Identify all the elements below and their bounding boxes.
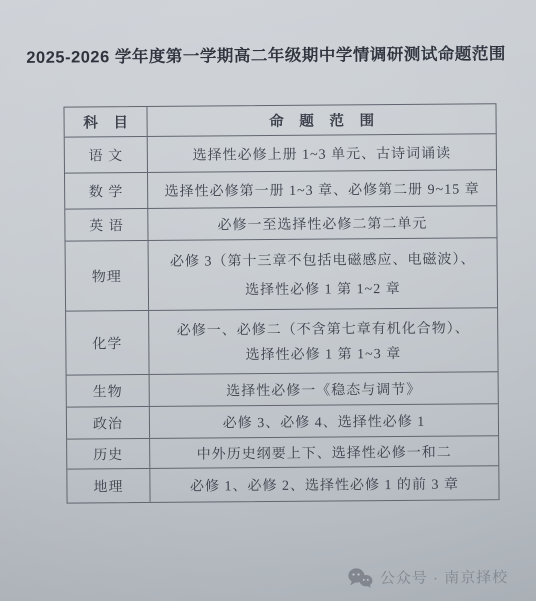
subject-cell: 地理	[67, 469, 150, 503]
scope-text: 选择性必修上册 1~3 单元、古诗词诵读	[192, 142, 451, 164]
subject-cell: 政治	[67, 407, 150, 439]
scope-cell: 选择性必修上册 1~3 单元、古诗词诵读	[148, 134, 496, 172]
subject-cell: 数 学	[65, 173, 148, 209]
scope-cell: 必修 1、必修 2、选择性必修 1 的前 3 章	[150, 466, 498, 502]
scope-cell: 选择性必修第一册 1~3 章、必修第二册 9~15 章	[148, 170, 496, 208]
exam-scope-table: 科 目 命 题 范 围 语 文 选择性必修上册 1~3 单元、古诗词诵读 数 学…	[63, 103, 499, 503]
table-row-politics: 政治 必修 3、必修 4、选择性必修 1	[67, 404, 498, 439]
page-title: 2025-2026 学年度第一学期高二年级期中学情调研测试命题范围	[0, 40, 534, 68]
scope-text: 必修一至选择性必修二第二单元	[217, 212, 427, 234]
table-row-chemistry: 化学 必修一、必修二（不含第七章有机化合物）、 选择性必修 1 第 1~3 章	[66, 308, 497, 375]
scope-text: 必修 1、必修 2、选择性必修 1 的前 3 章	[190, 473, 459, 495]
table-row-geography: 地理 必修 1、必修 2、选择性必修 1 的前 3 章	[67, 466, 498, 502]
scope-text: 必修 3、必修 4、选择性必修 1	[223, 410, 426, 432]
table-row-history: 历史 中外历史纲要上下、选择性必修一和二	[67, 436, 498, 469]
table-row-math: 数 学 选择性必修第一册 1~3 章、必修第二册 9~15 章	[65, 170, 496, 209]
scope-text: 中外历史纲要上下、选择性必修一和二	[197, 441, 452, 463]
scope-cell: 必修 3（第十三章不包括电磁感应、电磁波）、 选择性必修 1 第 1~2 章	[149, 238, 498, 310]
wechat-chat-bubbles-icon	[347, 567, 373, 588]
column-header-scope-label: 命 题 范 围	[263, 109, 380, 131]
table-header-row: 科 目 命 题 范 围	[64, 104, 495, 137]
table-row-chinese: 语 文 选择性必修上册 1~3 单元、古诗词诵读	[65, 134, 496, 173]
watermark-text: 公众号 · 南京择校	[380, 566, 509, 588]
table-row-english: 英 语 必修一至选择性必修二第二单元	[65, 206, 496, 241]
subject-cell: 生物	[67, 375, 150, 407]
scope-text: 选择性必修一《稳态与调节》	[226, 378, 421, 400]
subject-cell: 历史	[67, 439, 150, 469]
scope-cell: 必修一至选择性必修二第二单元	[148, 206, 496, 240]
column-header-subject: 科 目	[64, 107, 147, 137]
subject-cell: 语 文	[65, 137, 148, 173]
scope-cell: 必修 3、必修 4、选择性必修 1	[150, 404, 498, 438]
scope-cell: 中外历史纲要上下、选择性必修一和二	[150, 436, 498, 468]
column-header-scope: 命 题 范 围	[147, 104, 495, 136]
subject-cell: 化学	[66, 311, 149, 375]
scope-text-line2: 选择性必修 1 第 1~3 章	[246, 343, 402, 364]
subject-cell: 物理	[66, 241, 150, 311]
scope-text-line1: 必修 3（第十三章不包括电磁感应、电磁波）、	[170, 249, 476, 271]
table-row-biology: 生物 选择性必修一《稳态与调节》	[67, 372, 498, 407]
table-row-physics: 物理 必修 3（第十三章不包括电磁感应、电磁波）、 选择性必修 1 第 1~2 …	[66, 238, 498, 311]
scope-text-line1: 必修一、必修二（不含第七章有机化合物）、	[177, 317, 470, 339]
scope-cell: 必修一、必修二（不含第七章有机化合物）、 选择性必修 1 第 1~3 章	[149, 308, 497, 374]
scope-text-line2: 选择性必修 1 第 1~2 章	[245, 278, 401, 299]
watermark: 公众号 · 南京择校	[347, 566, 509, 588]
paper-document: 2025-2026 学年度第一学期高二年级期中学情调研测试命题范围 科 目 命 …	[0, 0, 536, 601]
scope-text: 选择性必修第一册 1~3 章、必修第二册 9~15 章	[164, 178, 479, 200]
column-header-subject-label: 科 目	[77, 111, 134, 132]
scope-cell: 选择性必修一《稳态与调节》	[150, 372, 498, 406]
subject-cell: 英 语	[65, 209, 148, 241]
